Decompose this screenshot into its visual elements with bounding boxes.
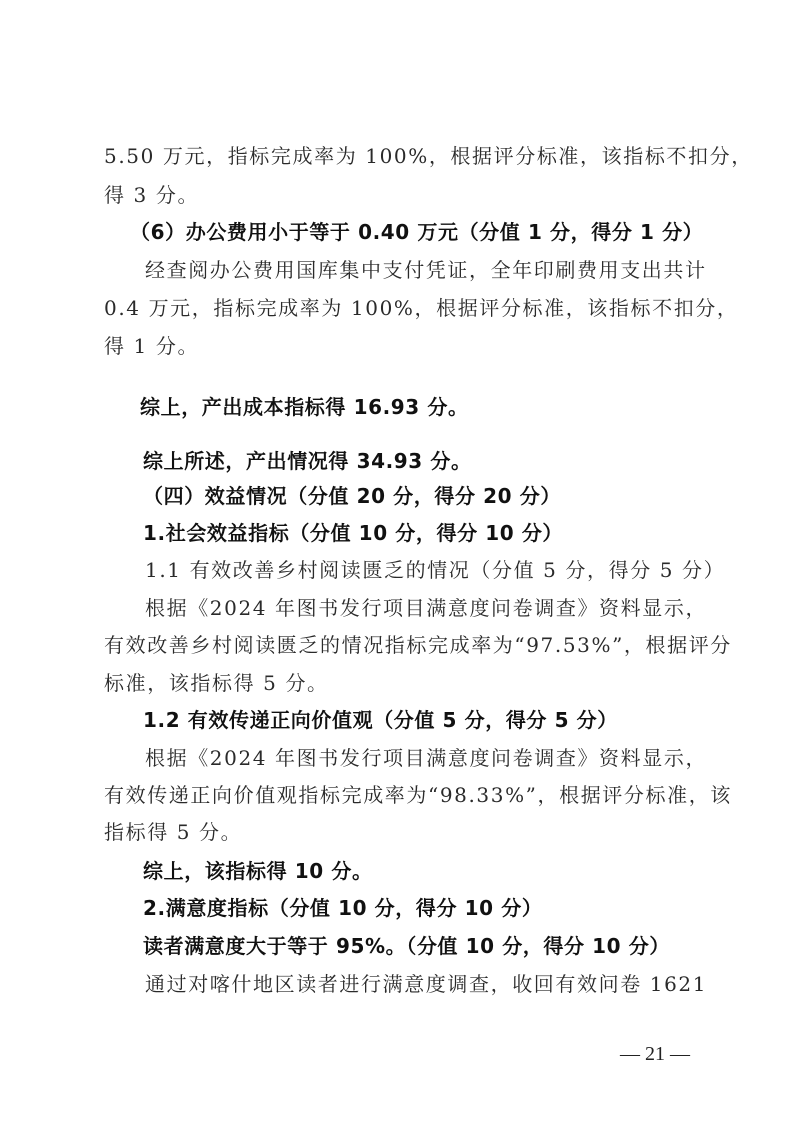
summary-social-benefits: 综上，该指标得 10 分。 xyxy=(143,858,733,884)
document-page: 5.50 万元，指标完成率为 100%，根据评分标准，该指标不扣分， 得 3 分… xyxy=(0,0,793,1122)
section-heading-benefits: （四）效益情况（分值 20 分，得分 20 分） xyxy=(143,483,733,509)
subsection-heading-rural-reading: 1.1 有效改善乡村阅读匮乏的情况（分值 5 分，得分 5 分） xyxy=(145,557,735,583)
summary-output-cost: 综上，产出成本指标得 16.93 分。 xyxy=(140,394,730,420)
paragraph-line: 标准，该指标得 5 分。 xyxy=(104,670,694,696)
section-heading-social-benefits: 1.社会效益指标（分值 10 分，得分 10 分） xyxy=(143,520,733,546)
paragraph-line: 根据《2024 年图书发行项目满意度问卷调查》资料显示， xyxy=(145,745,735,771)
section-heading-satisfaction: 2.满意度指标（分值 10 分，得分 10 分） xyxy=(143,895,733,921)
section-heading-office-expenses: （6）办公费用小于等于 0.40 万元（分值 1 分，得分 1 分） xyxy=(130,219,720,245)
summary-output: 综上所述，产出情况得 34.93 分。 xyxy=(143,448,733,474)
paragraph-line: 得 1 分。 xyxy=(104,333,694,359)
paragraph-line: 通过对喀什地区读者进行满意度调查，收回有效问卷 1621 xyxy=(145,971,735,997)
paragraph-line: 0.4 万元，指标完成率为 100%，根据评分标准，该指标不扣分， xyxy=(104,295,694,321)
paragraph-line: 根据《2024 年图书发行项目满意度问卷调查》资料显示， xyxy=(145,595,735,621)
page-number: — 21 — xyxy=(620,1043,690,1066)
subsection-heading-reader-satisfaction: 读者满意度大于等于 95%。（分值 10 分，得分 10 分） xyxy=(143,933,733,959)
paragraph-line: 有效改善乡村阅读匮乏的情况指标完成率为“97.53%”，根据评分 xyxy=(104,632,694,658)
subsection-heading-positive-values: 1.2 有效传递正向价值观（分值 5 分，得分 5 分） xyxy=(143,707,733,733)
paragraph-line: 5.50 万元，指标完成率为 100%，根据评分标准，该指标不扣分， xyxy=(104,143,694,169)
paragraph-line: 经查阅办公费用国库集中支付凭证，全年印刷费用支出共计 xyxy=(145,257,735,283)
paragraph-line: 指标得 5 分。 xyxy=(104,819,694,845)
paragraph-line: 有效传递正向价值观指标完成率为“98.33%”，根据评分标准，该 xyxy=(104,782,694,808)
paragraph-line: 得 3 分。 xyxy=(104,182,694,208)
